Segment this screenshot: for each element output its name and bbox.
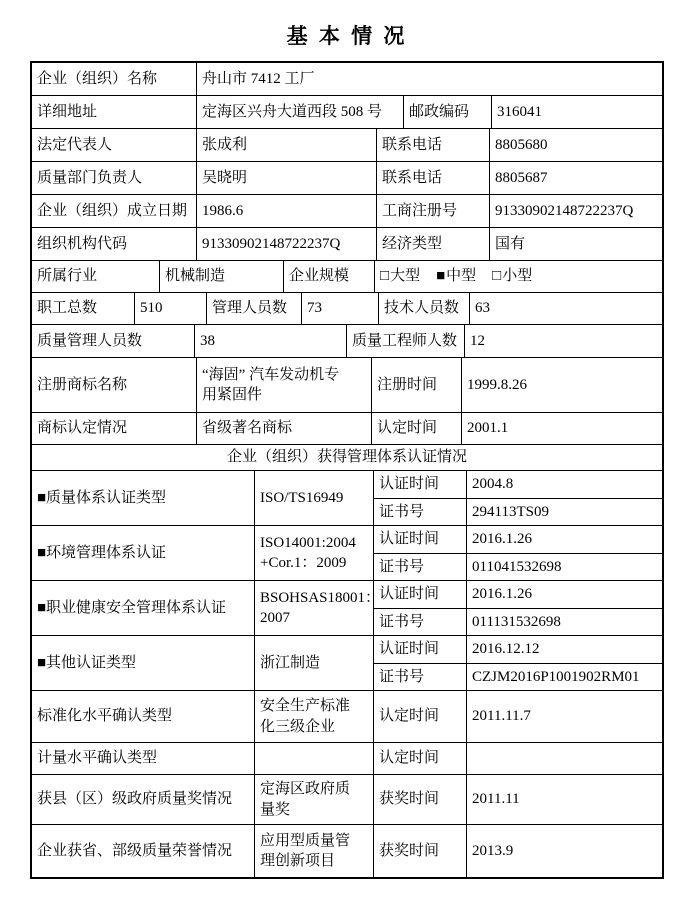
row-cert-environment: ■环境管理体系认证 ISO14001:2004 +Cor.1：2009 认证时间…	[32, 526, 662, 581]
page-title: 基 本 情 况	[0, 20, 694, 50]
cert-other-value: 浙江制造	[255, 636, 374, 690]
cert-time-value: 2004.8	[467, 471, 662, 498]
cert-environment-label: ■环境管理体系认证	[32, 526, 255, 580]
row-address: 详细地址 定海区兴舟大道西段 508 号 邮政编码 316041	[32, 96, 662, 129]
county-award-label: 获县（区）级政府质量奖情况	[32, 775, 255, 824]
standardization-time-label: 认定时间	[374, 691, 467, 742]
metrology-time-label: 认定时间	[374, 743, 467, 774]
cert-number-label: 证书号	[374, 609, 467, 636]
trademark-value: “海固” 汽车发动机专 用紧固件	[197, 358, 372, 412]
row-legal-rep: 法定代表人 张成利 联系电话 8805680	[32, 129, 662, 162]
quality-engineer-label: 质量工程师人数	[347, 325, 465, 357]
county-award-value: 定海区政府质 量奖	[255, 775, 374, 824]
checkbox-unchecked-icon: □	[380, 266, 389, 286]
industry-label: 所属行业	[32, 261, 160, 292]
cert-other-detail: 认证时间 2016.12.12 证书号 CZJM2016P1001902RM01	[374, 636, 662, 690]
scale-option-medium: ■ 中型	[436, 266, 476, 286]
row-cert-quality: ■质量体系认证类型 ISO/TS16949 认证时间 2004.8 证书号 29…	[32, 471, 662, 526]
standardization-value: 安全生产标准 化三级企业	[255, 691, 374, 742]
provincial-award-time-label: 获奖时间	[374, 825, 467, 877]
quality-head-phone-value: 8805687	[490, 162, 662, 194]
org-code-value: 91330902148722237Q	[197, 228, 377, 260]
row-metrology: 计量水平确认类型 认定时间	[32, 743, 662, 775]
scale-option-label: 小型	[502, 266, 532, 286]
provincial-award-value: 应用型质量管 理创新项目	[255, 825, 374, 877]
row-county-award: 获县（区）级政府质量奖情况 定海区政府质 量奖 获奖时间 2011.11	[32, 775, 662, 825]
cert-number-subrow: 证书号 294113TS09	[374, 499, 662, 526]
cert-number-value: 011041532698	[467, 554, 662, 581]
scale-options: □ 大型 ■ 中型 □ 小型	[375, 261, 662, 292]
row-trademark-status: 商标认定情况 省级著名商标 认定时间 2001.1	[32, 413, 662, 445]
cert-time-subrow: 认证时间 2016.12.12	[374, 636, 662, 664]
quality-head-phone-label: 联系电话	[377, 162, 490, 194]
postal-code-label: 邮政编码	[404, 96, 492, 128]
quality-staff-label: 质量管理人员数	[32, 325, 195, 357]
postal-code-value: 316041	[492, 96, 662, 128]
row-cert-safety: ■职业健康安全管理体系认证 BSOHSAS18001： 2007 认证时间 20…	[32, 581, 662, 636]
row-cert-other: ■其他认证类型 浙江制造 认证时间 2016.12.12 证书号 CZJM201…	[32, 636, 662, 691]
org-code-label: 组织机构代码	[32, 228, 197, 260]
metrology-label: 计量水平确认类型	[32, 743, 255, 774]
cert-number-value: 011131532698	[467, 609, 662, 636]
provincial-award-label: 企业获省、部级质量荣誉情况	[32, 825, 255, 877]
standardization-time-value: 2011.11.7	[467, 691, 662, 742]
address-value: 定海区兴舟大道西段 508 号	[197, 96, 404, 128]
cert-number-subrow: 证书号 CZJM2016P1001902RM01	[374, 664, 662, 691]
cert-number-value: CZJM2016P1001902RM01	[467, 664, 662, 691]
quality-engineer-value: 12	[465, 325, 662, 357]
row-quality-head: 质量部门负责人 吴晓明 联系电话 8805687	[32, 162, 662, 195]
row-org-name: 企业（组织）名称 舟山市 7412 工厂	[32, 63, 662, 96]
tech-count-value: 63	[470, 293, 662, 324]
county-award-time-label: 获奖时间	[374, 775, 467, 824]
legal-rep-value: 张成利	[197, 129, 377, 161]
org-name-value: 舟山市 7412 工厂	[197, 63, 662, 95]
cert-environment-detail: 认证时间 2016.1.26 证书号 011041532698	[374, 526, 662, 580]
industry-value: 机械制造	[160, 261, 284, 292]
cert-time-value: 2016.12.12	[467, 636, 662, 663]
org-name-label: 企业（组织）名称	[32, 63, 197, 95]
trademark-status-time-label: 认定时间	[372, 413, 462, 444]
economic-type-value: 国有	[490, 228, 662, 260]
cert-time-label: 认证时间	[374, 581, 467, 608]
quality-staff-value: 38	[195, 325, 347, 357]
cert-environment-value: ISO14001:2004 +Cor.1：2009	[255, 526, 374, 580]
address-label: 详细地址	[32, 96, 197, 128]
scale-option-large: □ 大型	[380, 266, 420, 286]
basic-info-table: 企业（组织）名称 舟山市 7412 工厂 详细地址 定海区兴舟大道西段 508 …	[30, 61, 664, 879]
scale-label: 企业规模	[284, 261, 375, 292]
scale-option-small: □ 小型	[492, 266, 532, 286]
cert-quality-detail: 认证时间 2004.8 证书号 294113TS09	[374, 471, 662, 525]
row-quality-staff: 质量管理人员数 38 质量工程师人数 12	[32, 325, 662, 358]
cert-quality-label: ■质量体系认证类型	[32, 471, 255, 525]
business-reg-value: 91330902148722237Q	[490, 195, 662, 227]
metrology-value	[255, 743, 374, 774]
standardization-label: 标准化水平确认类型	[32, 691, 255, 742]
row-standardization: 标准化水平确认类型 安全生产标准 化三级企业 认定时间 2011.11.7	[32, 691, 662, 743]
quality-head-label: 质量部门负责人	[32, 162, 197, 194]
provincial-award-time-value: 2013.9	[467, 825, 662, 877]
trademark-status-time-value: 2001.1	[462, 413, 662, 444]
row-trademark: 注册商标名称 “海固” 汽车发动机专 用紧固件 注册时间 1999.8.26	[32, 358, 662, 413]
cert-number-subrow: 证书号 011041532698	[374, 554, 662, 581]
legal-rep-label: 法定代表人	[32, 129, 197, 161]
cert-time-subrow: 认证时间 2016.1.26	[374, 526, 662, 554]
legal-rep-phone-label: 联系电话	[377, 129, 490, 161]
cert-time-value: 2016.1.26	[467, 581, 662, 608]
row-founded: 企业（组织）成立日期 1986.6 工商注册号 9133090214872223…	[32, 195, 662, 228]
row-org-code: 组织机构代码 91330902148722237Q 经济类型 国有	[32, 228, 662, 261]
cert-time-label: 认证时间	[374, 636, 467, 663]
trademark-status-value: 省级著名商标	[197, 413, 372, 444]
founded-label: 企业（组织）成立日期	[32, 195, 197, 227]
quality-head-value: 吴晓明	[197, 162, 377, 194]
cert-number-subrow: 证书号 011131532698	[374, 609, 662, 636]
checkbox-checked-icon: ■	[436, 266, 445, 286]
cert-number-label: 证书号	[374, 554, 467, 581]
row-provincial-award: 企业获省、部级质量荣誉情况 应用型质量管 理创新项目 获奖时间 2013.9	[32, 825, 662, 877]
tech-count-label: 技术人员数	[379, 293, 470, 324]
economic-type-label: 经济类型	[377, 228, 490, 260]
founded-value: 1986.6	[197, 195, 377, 227]
checkbox-unchecked-icon: □	[492, 266, 501, 286]
cert-time-label: 认证时间	[374, 526, 467, 553]
cert-other-label: ■其他认证类型	[32, 636, 255, 690]
trademark-status-label: 商标认定情况	[32, 413, 197, 444]
legal-rep-phone-value: 8805680	[490, 129, 662, 161]
cert-time-subrow: 认证时间 2016.1.26	[374, 581, 662, 609]
cert-safety-detail: 认证时间 2016.1.26 证书号 011131532698	[374, 581, 662, 635]
cert-time-value: 2016.1.26	[467, 526, 662, 553]
cert-safety-label: ■职业健康安全管理体系认证	[32, 581, 255, 635]
cert-number-label: 证书号	[374, 664, 467, 691]
cert-safety-value: BSOHSAS18001： 2007	[255, 581, 374, 635]
trademark-time-value: 1999.8.26	[462, 358, 662, 412]
cert-time-label: 认证时间	[374, 471, 467, 498]
cert-quality-value: ISO/TS16949	[255, 471, 374, 525]
staff-total-value: 510	[135, 293, 207, 324]
staff-total-label: 职工总数	[32, 293, 135, 324]
trademark-label: 注册商标名称	[32, 358, 197, 412]
metrology-time-value	[467, 743, 662, 774]
row-industry: 所属行业 机械制造 企业规模 □ 大型 ■ 中型 □ 小型	[32, 261, 662, 293]
row-staff-counts: 职工总数 510 管理人员数 73 技术人员数 63	[32, 293, 662, 325]
cert-number-label: 证书号	[374, 499, 467, 526]
certification-section-header: 企业（组织）获得管理体系认证情况	[32, 445, 662, 470]
cert-number-value: 294113TS09	[467, 499, 662, 526]
trademark-time-label: 注册时间	[372, 358, 462, 412]
row-section-header: 企业（组织）获得管理体系认证情况	[32, 445, 662, 471]
manager-count-label: 管理人员数	[207, 293, 302, 324]
business-reg-label: 工商注册号	[377, 195, 490, 227]
manager-count-value: 73	[302, 293, 379, 324]
county-award-time-value: 2011.11	[467, 775, 662, 824]
scale-option-label: 大型	[390, 266, 420, 286]
scale-option-label: 中型	[446, 266, 476, 286]
cert-time-subrow: 认证时间 2004.8	[374, 471, 662, 499]
